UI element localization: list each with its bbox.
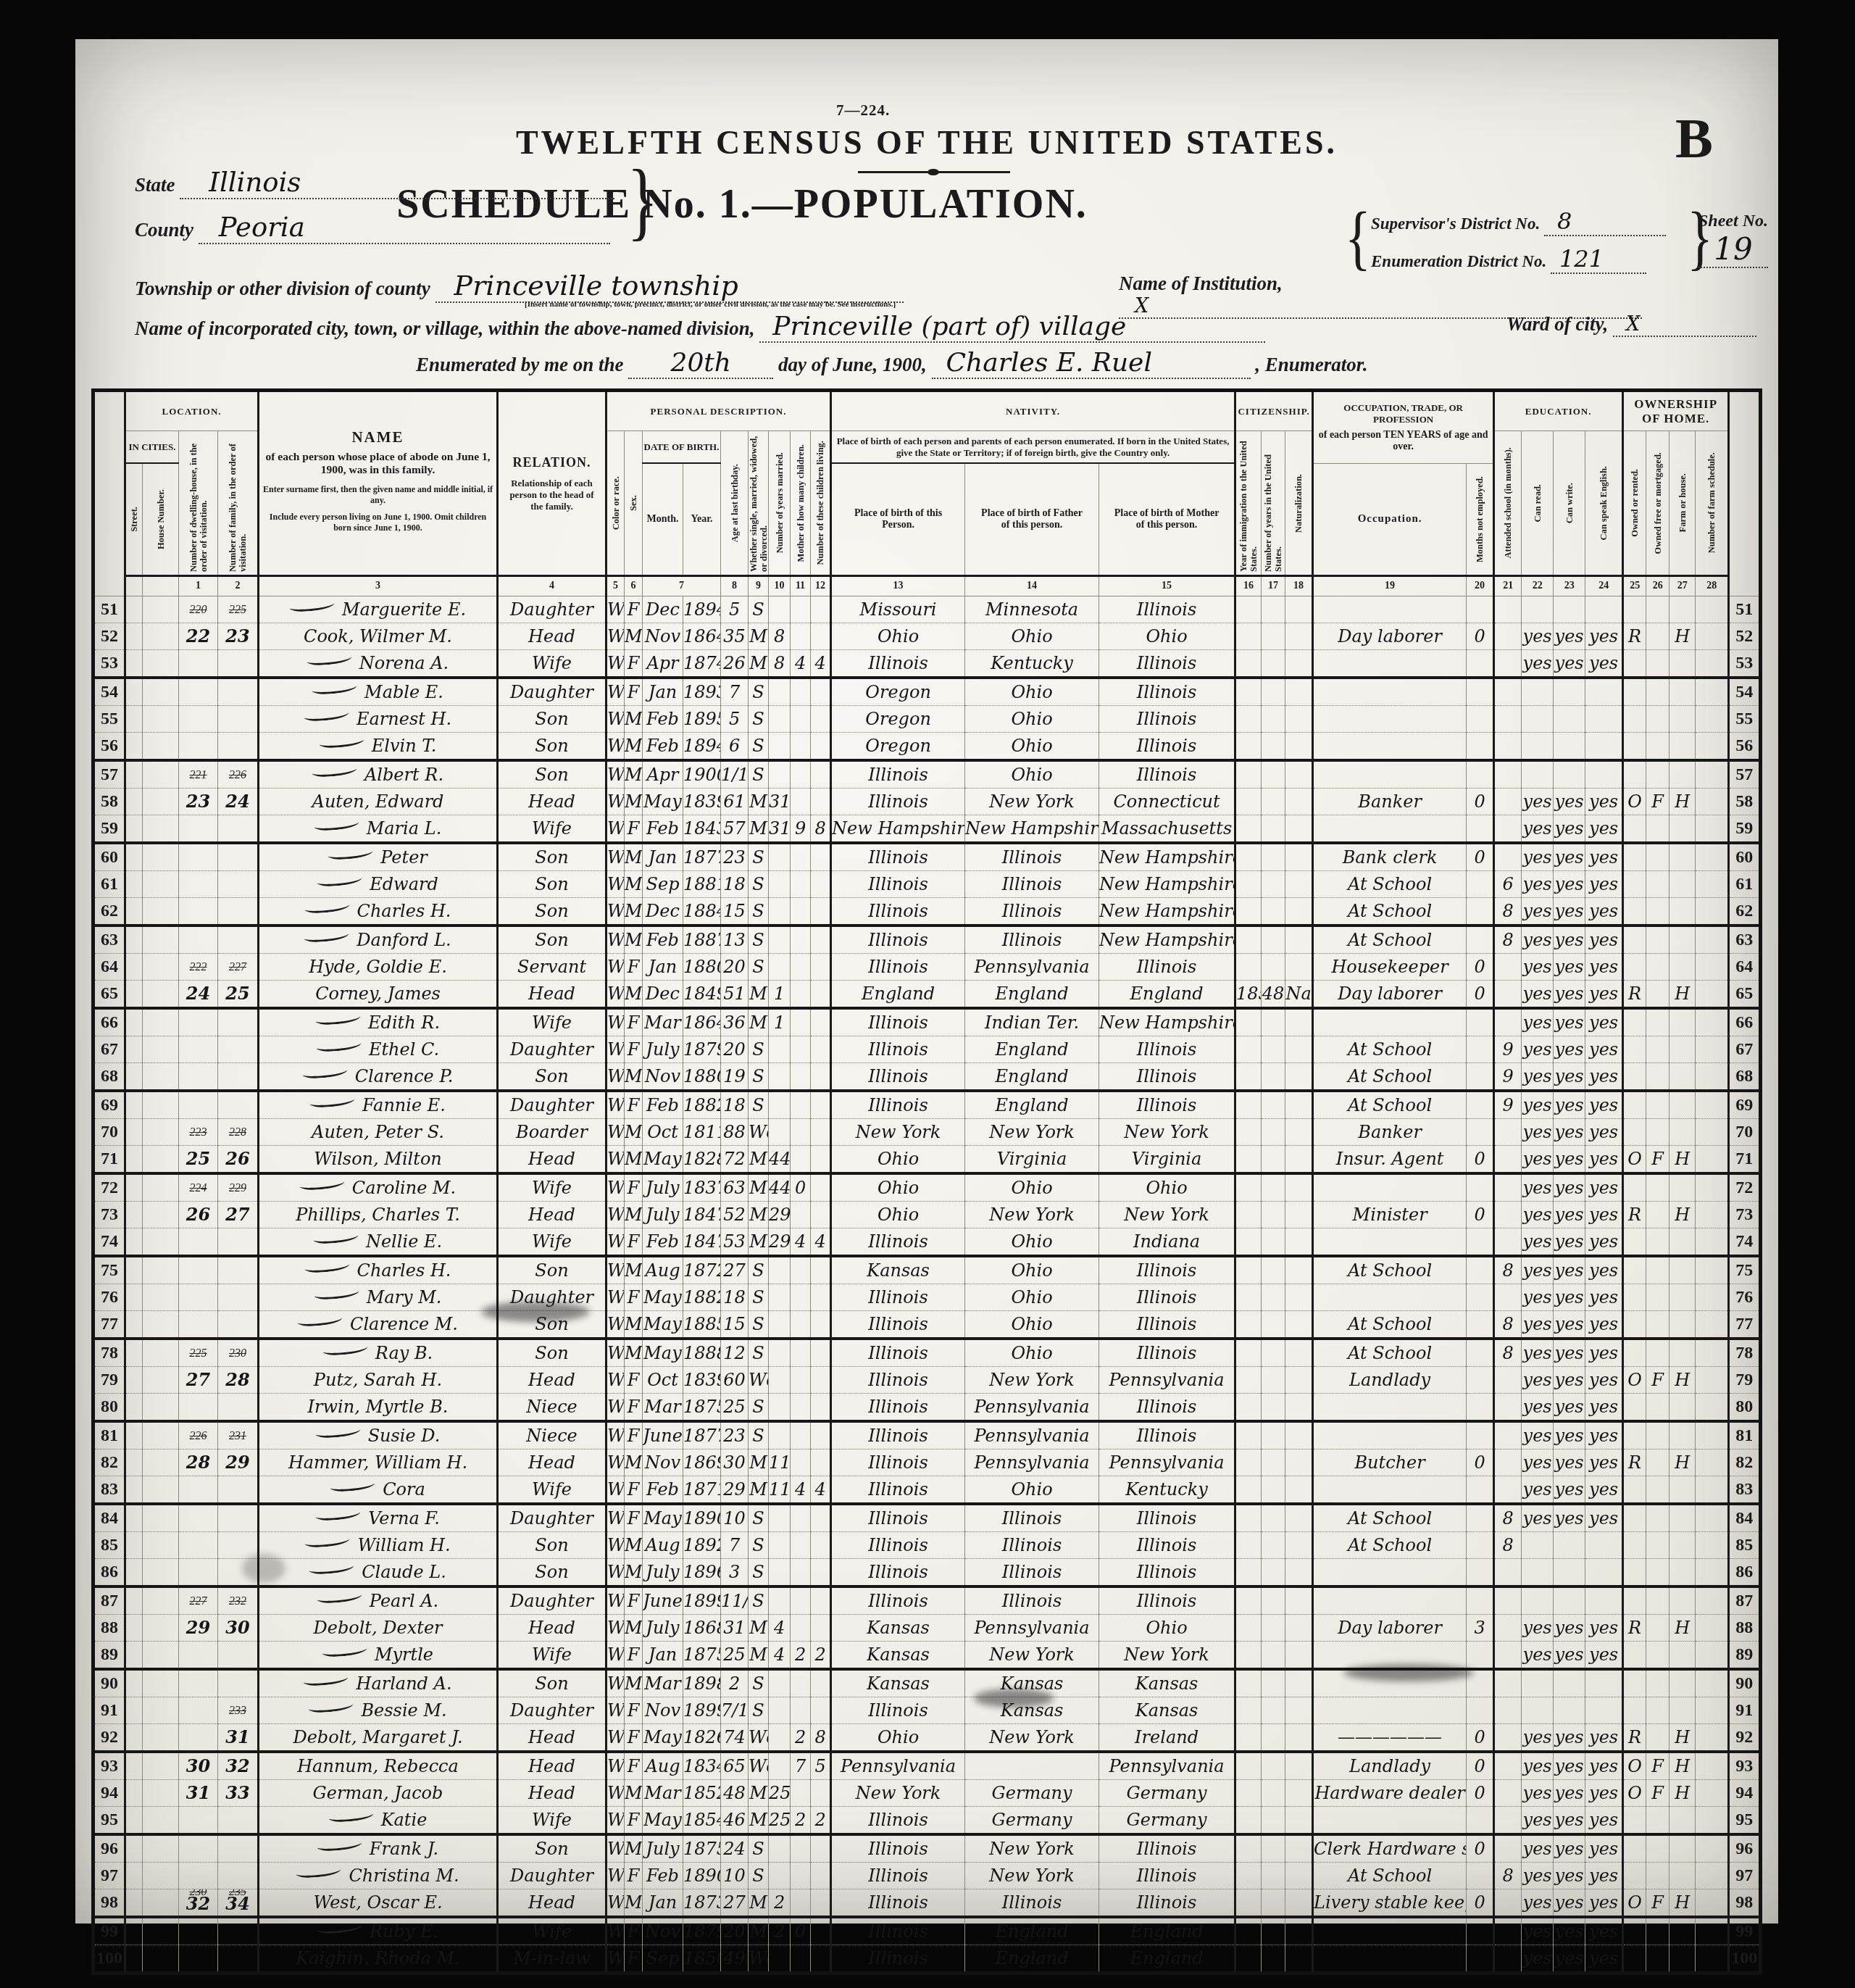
ink-smudge	[242, 1554, 285, 1583]
cell-m: S	[749, 1559, 769, 1587]
cell-pm: Indiana	[1099, 1228, 1235, 1257]
cell-m: M	[749, 650, 769, 678]
cell-occ	[1313, 1586, 1467, 1615]
cell-x: M	[625, 760, 643, 789]
cell-fh	[1669, 1504, 1696, 1532]
cell-cl: 2	[811, 1807, 831, 1835]
cell-mne	[1467, 1063, 1494, 1091]
cell-rn2: 66	[1729, 1008, 1761, 1036]
cell-wr	[1554, 733, 1585, 761]
cell-dw	[179, 1476, 218, 1505]
cell-occ: Banker	[1313, 1119, 1467, 1146]
cell-rel: Head	[498, 1146, 606, 1174]
cell-rn2: 71	[1729, 1146, 1761, 1174]
cell-own	[1623, 1559, 1646, 1587]
cell-c: W	[606, 1256, 625, 1284]
cell-c: W	[606, 1146, 625, 1174]
cell-c: W	[606, 1202, 625, 1228]
cell-m: S	[749, 1532, 769, 1559]
cell-ag: 63	[721, 1173, 749, 1202]
cell-cm	[791, 981, 811, 1009]
col-write: Can write.	[1554, 431, 1585, 576]
cell-yr: 1887	[683, 926, 721, 954]
cell-street	[125, 1256, 143, 1284]
cell-mo: Apr	[643, 650, 683, 678]
cell-own	[1623, 650, 1646, 678]
cell-own	[1623, 926, 1646, 954]
cell-yus	[1262, 1586, 1285, 1615]
cell-m: Wd	[749, 1945, 769, 1974]
cell-imm	[1235, 1339, 1262, 1367]
cell-ag: 36	[721, 1008, 749, 1036]
cell-mne: 0	[1467, 1202, 1494, 1228]
cell-house	[143, 843, 179, 871]
cell-cm	[791, 733, 811, 761]
cell-mne: 3	[1467, 1615, 1494, 1642]
cell-rel: Wife	[498, 1476, 606, 1505]
cell-cl	[811, 1367, 831, 1394]
cell-c: W	[606, 1421, 625, 1450]
cell-yus	[1262, 733, 1285, 761]
cell-rn2: 75	[1729, 1256, 1761, 1284]
cell-ag: 57	[721, 815, 749, 844]
cell-rn: 92	[93, 1724, 125, 1752]
cell-fam	[218, 1476, 259, 1505]
cell-rd: yes	[1522, 1091, 1554, 1119]
cell-yus	[1262, 623, 1285, 650]
cell-fh: H	[1669, 1724, 1696, 1752]
cell-en: yes	[1585, 1063, 1623, 1091]
cell-c: W	[606, 1917, 625, 1945]
cell-wr: yes	[1554, 898, 1585, 926]
cell-x: F	[625, 1367, 643, 1394]
cell-name: Elvin T.	[259, 733, 498, 761]
cell-m: S	[749, 1284, 769, 1311]
cell-dw	[179, 1863, 218, 1889]
cell-fs	[1696, 1917, 1729, 1945]
cell-free	[1646, 1173, 1669, 1202]
cell-imm	[1235, 733, 1262, 761]
cell-house	[143, 1917, 179, 1945]
cell-rel: Head	[498, 1752, 606, 1780]
cell-c: W	[606, 1036, 625, 1063]
cell-c: W	[606, 954, 625, 981]
col-read: Can read.	[1522, 431, 1554, 576]
cell-cl: 8	[811, 1724, 831, 1752]
cell-rn: 83	[93, 1476, 125, 1505]
cell-mo: July	[643, 1615, 683, 1642]
cell-c: W	[606, 981, 625, 1009]
cell-name: Edith R.	[259, 1008, 498, 1036]
cell-pf: New York	[965, 1834, 1099, 1863]
cell-occ	[1313, 760, 1467, 789]
cell-sch	[1494, 1615, 1522, 1642]
cell-fam: 225	[218, 596, 259, 623]
table-row: 84Verna F.DaughterWFMay189010SIllinoisIl…	[93, 1504, 1761, 1532]
cell-cm	[791, 596, 811, 623]
colnum-1: 1	[179, 576, 218, 596]
cell-name: Caroline M.	[259, 1173, 498, 1202]
cell-rd	[1522, 1697, 1554, 1724]
cell-c: W	[606, 1367, 625, 1394]
cell-rn: 61	[93, 871, 125, 898]
cell-dw	[179, 843, 218, 871]
cell-rd: yes	[1522, 843, 1554, 871]
cell-ag: 25	[721, 1642, 749, 1670]
cell-ag: 1/12	[721, 760, 749, 789]
cell-ag: 51	[721, 981, 749, 1009]
cell-free	[1646, 1834, 1669, 1863]
cell-mo: May	[643, 1724, 683, 1752]
cell-imm	[1235, 1476, 1262, 1505]
cell-yus	[1262, 789, 1285, 815]
colnum-15: 15	[1099, 576, 1235, 596]
cell-cm	[791, 1889, 811, 1918]
group-name: NAME of each person whose place of abode…	[259, 391, 498, 576]
cell-street	[125, 1284, 143, 1311]
cell-own	[1623, 1394, 1646, 1422]
cell-pm: Illinois	[1099, 1256, 1235, 1284]
cell-m: S	[749, 1091, 769, 1119]
cell-c: W	[606, 1284, 625, 1311]
cell-fam	[218, 1311, 259, 1339]
cell-mo: July	[643, 1036, 683, 1063]
cell-sch	[1494, 1724, 1522, 1752]
cell-occ	[1313, 706, 1467, 733]
sheet-value: 19	[1698, 231, 1768, 268]
cell-ag: 2	[721, 1669, 749, 1697]
cell-wr: yes	[1554, 1642, 1585, 1670]
cell-ag: 25	[721, 1394, 749, 1422]
cell-sch	[1494, 1476, 1522, 1505]
cell-free	[1646, 1863, 1669, 1889]
cell-m: M	[749, 1615, 769, 1642]
cell-mo: Nov	[643, 1450, 683, 1476]
cell-en: yes	[1585, 1615, 1623, 1642]
cell-ag: 11/12	[721, 1586, 749, 1615]
cell-pf: Pennsylvania	[965, 1394, 1099, 1422]
cell-x: M	[625, 1202, 643, 1228]
cell-rel: Daughter	[498, 1863, 606, 1889]
cell-house	[143, 954, 179, 981]
cell-m: M	[749, 1008, 769, 1036]
cell-pf: England	[965, 1945, 1099, 1974]
nativity-note: Place of birth of each person and parent…	[831, 431, 1235, 464]
cell-rd: yes	[1522, 1228, 1554, 1257]
cell-m: S	[749, 1394, 769, 1422]
cell-fam: 228	[218, 1119, 259, 1146]
cell-rd: yes	[1522, 1780, 1554, 1807]
cell-rel: Head	[498, 1367, 606, 1394]
cell-house	[143, 1476, 179, 1505]
cell-fam: 23	[218, 623, 259, 650]
cell-yr: 1892	[683, 1532, 721, 1559]
cell-yus	[1262, 1008, 1285, 1036]
cell-rn2: 87	[1729, 1586, 1761, 1615]
cell-fh	[1669, 1394, 1696, 1422]
cell-pm: Illinois	[1099, 1863, 1235, 1889]
cell-occ	[1313, 1394, 1467, 1422]
cell-imm	[1235, 1504, 1262, 1532]
cell-dw: 223	[179, 1119, 218, 1146]
cell-m: S	[749, 1504, 769, 1532]
cell-sch: 8	[1494, 1504, 1522, 1532]
cell-occ	[1313, 1173, 1467, 1202]
cell-name: Charles H.	[259, 1256, 498, 1284]
cell-own	[1623, 1284, 1646, 1311]
cell-wr	[1554, 596, 1585, 623]
cell-pob: Illinois	[831, 843, 965, 871]
cell-imm	[1235, 1421, 1262, 1450]
cell-ym	[769, 1063, 791, 1091]
cell-name: Putz, Sarah H.	[259, 1367, 498, 1394]
cell-ag: 15	[721, 1311, 749, 1339]
cell-fs	[1696, 1889, 1729, 1918]
cell-nat	[1285, 1834, 1313, 1863]
cell-cl: 4	[811, 650, 831, 678]
table-row: 86Claude L.SonWMJuly18963SIllinoisIllino…	[93, 1559, 1761, 1587]
cell-x: M	[625, 1532, 643, 1559]
cell-pob: Illinois	[831, 1889, 965, 1918]
cell-nat	[1285, 1752, 1313, 1780]
cell-fam	[218, 1642, 259, 1670]
cell-free: F	[1646, 789, 1669, 815]
cell-wr: yes	[1554, 981, 1585, 1009]
cell-ag: 26	[721, 650, 749, 678]
cell-own	[1623, 1476, 1646, 1505]
cell-c: W	[606, 1586, 625, 1615]
cell-pob: Illinois	[831, 1091, 965, 1119]
cell-fh	[1669, 926, 1696, 954]
cell-en	[1585, 1559, 1623, 1587]
cell-rd: yes	[1522, 789, 1554, 815]
cell-m: M	[749, 815, 769, 844]
cell-fs	[1696, 706, 1729, 733]
cell-rn: 64	[93, 954, 125, 981]
cell-nat	[1285, 789, 1313, 815]
cell-mne	[1467, 1008, 1494, 1036]
cell-own	[1623, 1807, 1646, 1835]
cell-pf: Ohio	[965, 678, 1099, 706]
cell-m: M	[749, 623, 769, 650]
cell-imm	[1235, 1615, 1262, 1642]
table-row: 90Harland A.SonWMMar18982SKansasKansasKa…	[93, 1669, 1761, 1697]
cell-pob: Illinois	[831, 898, 965, 926]
cell-cm	[791, 1504, 811, 1532]
cell-nat	[1285, 1945, 1313, 1974]
cell-own: O	[1623, 1889, 1646, 1918]
cell-m: M	[749, 1476, 769, 1505]
cell-c: W	[606, 678, 625, 706]
cell-street	[125, 623, 143, 650]
cell-rn2: 94	[1729, 1780, 1761, 1807]
cell-own	[1623, 898, 1646, 926]
cell-yr: 1864	[683, 1008, 721, 1036]
cell-house	[143, 678, 179, 706]
col-pob-father: Place of birth of Father of this person.	[965, 463, 1099, 575]
cell-street	[125, 1697, 143, 1724]
group-personal: PERSONAL DESCRIPTION.	[606, 391, 831, 431]
cell-fam	[218, 871, 259, 898]
cell-ym: 4	[769, 1615, 791, 1642]
occupation-group-title: OCCUPATION, TRADE, OR PROFESSION	[1343, 402, 1463, 425]
cell-free	[1646, 623, 1669, 650]
cell-rn2: 59	[1729, 815, 1761, 844]
cell-occ	[1313, 596, 1467, 623]
cell-own	[1623, 1421, 1646, 1450]
cell-rel: Daughter	[498, 1586, 606, 1615]
cell-cm	[791, 1008, 811, 1036]
cell-rel: Wife	[498, 1917, 606, 1945]
cell-x: F	[625, 678, 643, 706]
cell-sch	[1494, 1008, 1522, 1036]
cell-free	[1646, 1615, 1669, 1642]
cell-m: S	[749, 1697, 769, 1724]
cell-mne	[1467, 1394, 1494, 1422]
cell-imm	[1235, 1228, 1262, 1257]
col-english: Can speak English.	[1585, 431, 1623, 576]
cell-imm	[1235, 1586, 1262, 1615]
cell-pob: Illinois	[831, 1532, 965, 1559]
cell-nat	[1285, 1450, 1313, 1476]
cell-fh	[1669, 871, 1696, 898]
cell-ym: 44	[769, 1146, 791, 1174]
cell-fs	[1696, 733, 1729, 761]
cell-rn2: 82	[1729, 1450, 1761, 1476]
cell-yr: 1872	[683, 1256, 721, 1284]
cell-rn2: 72	[1729, 1173, 1761, 1202]
cell-x: F	[625, 1642, 643, 1670]
cell-ym	[769, 1036, 791, 1063]
cell-cm	[791, 789, 811, 815]
cell-x: M	[625, 1063, 643, 1091]
cell-pf: Ohio	[965, 706, 1099, 733]
cell-wr	[1554, 760, 1585, 789]
cell-fs	[1696, 760, 1729, 789]
cell-nat	[1285, 1559, 1313, 1587]
cell-fs	[1696, 789, 1729, 815]
cell-en: yes	[1585, 1256, 1623, 1284]
cell-wr	[1554, 678, 1585, 706]
city-label: Name of incorporated city, town, or vill…	[135, 317, 754, 339]
cell-pob: New York	[831, 1119, 965, 1146]
cell-rn: 96	[93, 1834, 125, 1863]
cell-en	[1585, 678, 1623, 706]
district-brace-left: {	[1345, 196, 1371, 279]
cell-occ: Landlady	[1313, 1367, 1467, 1394]
cell-en	[1585, 1532, 1623, 1559]
cell-rn: 76	[93, 1284, 125, 1311]
cell-fam: 232	[218, 1586, 259, 1615]
cell-ym	[769, 926, 791, 954]
cell-c: W	[606, 1119, 625, 1146]
cell-mne: 0	[1467, 981, 1494, 1009]
cell-yr: 1894	[683, 733, 721, 761]
cell-pm: Kentucky	[1099, 1476, 1235, 1505]
cell-pf: England	[965, 1091, 1099, 1119]
cell-street	[125, 760, 143, 789]
cell-imm	[1235, 1091, 1262, 1119]
cell-name: Debolt, Margaret J.	[259, 1724, 498, 1752]
cell-own	[1623, 1642, 1646, 1670]
cell-fam: 24	[218, 789, 259, 815]
cell-mne	[1467, 1421, 1494, 1450]
cell-pob: Illinois	[831, 760, 965, 789]
cell-rn: 87	[93, 1586, 125, 1615]
cell-house	[143, 1339, 179, 1367]
name-sub: of each person whose place of abode on J…	[259, 451, 496, 477]
cell-street	[125, 1807, 143, 1835]
cell-cm	[791, 1697, 811, 1724]
cell-house	[143, 1669, 179, 1697]
cell-yr: 1826	[683, 1724, 721, 1752]
cell-pf: Germany	[965, 1780, 1099, 1807]
cell-mne	[1467, 1228, 1494, 1257]
cell-rel: Niece	[498, 1394, 606, 1422]
cell-x: F	[625, 1724, 643, 1752]
cell-cl	[811, 1202, 831, 1228]
cell-pm: England	[1099, 981, 1235, 1009]
cell-fh	[1669, 650, 1696, 678]
cell-rel: Daughter	[498, 1036, 606, 1063]
cell-rn2: 61	[1729, 871, 1761, 898]
cell-name: Claude L.	[259, 1559, 498, 1587]
cell-c: W	[606, 1339, 625, 1367]
cell-name: Mable E.	[259, 678, 498, 706]
cell-house	[143, 1091, 179, 1119]
cell-x: F	[625, 596, 643, 623]
cell-street	[125, 1504, 143, 1532]
cell-cl	[811, 1669, 831, 1697]
cell-imm	[1235, 1256, 1262, 1284]
cell-x: M	[625, 1256, 643, 1284]
cell-fs	[1696, 1173, 1729, 1202]
cell-dw	[179, 1256, 218, 1284]
cell-street	[125, 1036, 143, 1063]
cell-rd: yes	[1522, 1063, 1554, 1091]
table-row: 99Ruby E.WifeWFNov187920M20IllinoisEngla…	[93, 1917, 1761, 1945]
cell-yr: 1890	[683, 1863, 721, 1889]
table-row: 652425Corney, JamesHeadWMDec184951M1Engl…	[93, 981, 1761, 1009]
cell-fs	[1696, 1256, 1729, 1284]
ward-line: Ward of city, X	[1506, 313, 1756, 337]
cell-sch	[1494, 1450, 1522, 1476]
cell-rn2: 80	[1729, 1394, 1761, 1422]
cell-en: yes	[1585, 623, 1623, 650]
ink-smudge	[481, 1302, 590, 1322]
cell-sch: 8	[1494, 1256, 1522, 1284]
cell-fs	[1696, 926, 1729, 954]
cell-yus	[1262, 1421, 1285, 1450]
cell-pf: Illinois	[965, 898, 1099, 926]
cell-imm	[1235, 1146, 1262, 1174]
cell-cm	[791, 898, 811, 926]
cell-sch	[1494, 596, 1522, 623]
colnum-house	[143, 576, 179, 596]
cell-occ: Bank clerk	[1313, 843, 1467, 871]
cell-yus	[1262, 596, 1285, 623]
cell-street	[125, 1202, 143, 1228]
cell-nat	[1285, 1780, 1313, 1807]
cell-nat	[1285, 1642, 1313, 1670]
cell-yr: 1877	[683, 1421, 721, 1450]
cell-dw	[179, 1724, 218, 1752]
cell-cl	[811, 1339, 831, 1367]
cell-cm	[791, 760, 811, 789]
cell-ym	[769, 1834, 791, 1863]
cell-rn2: 96	[1729, 1834, 1761, 1863]
cell-street	[125, 1834, 143, 1863]
